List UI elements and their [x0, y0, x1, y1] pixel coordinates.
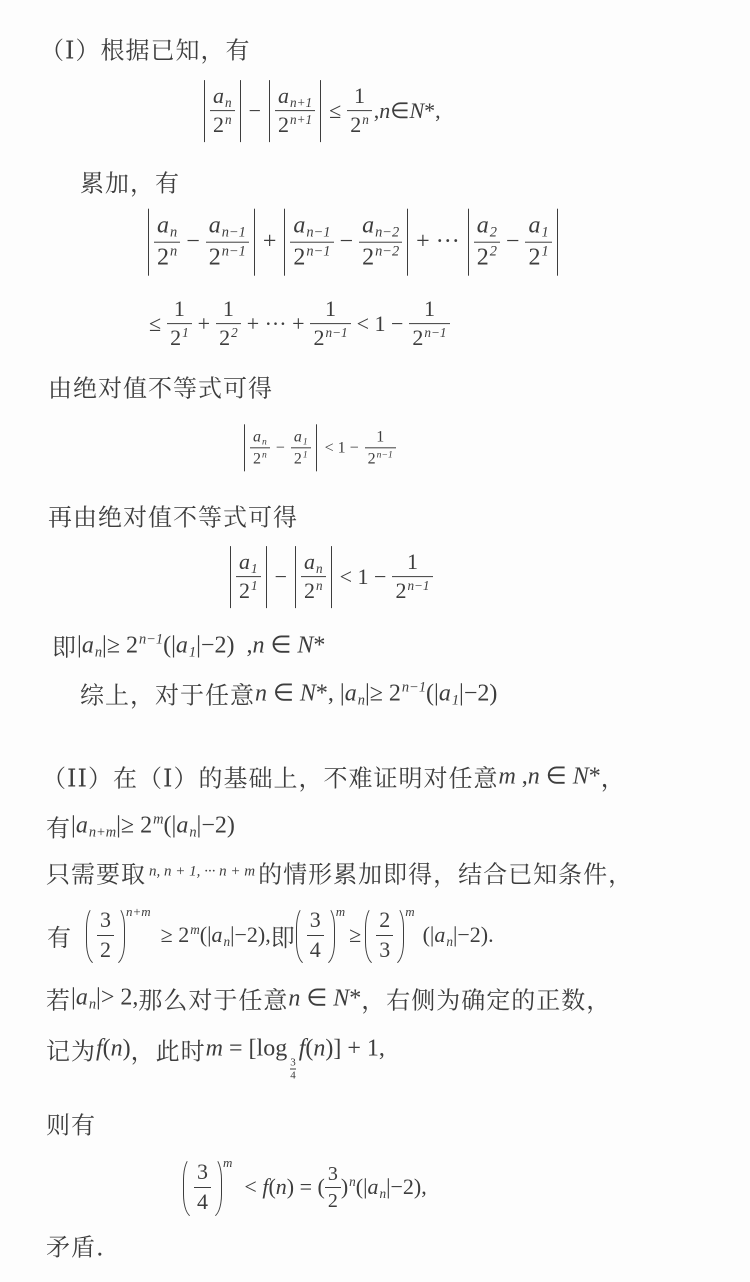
log-operator: = [log	[223, 1036, 287, 1063]
denominator: 3	[376, 936, 393, 963]
case-text-mid: 那么对于任意	[138, 981, 288, 1016]
numerator: 3	[290, 1056, 296, 1069]
accumulate-text: 累加，有	[80, 164, 180, 199]
superscript: n−1	[139, 632, 163, 649]
math-op: )	[287, 1174, 294, 1200]
numerator: a2	[474, 212, 500, 243]
subscript: n	[95, 645, 102, 662]
fraction: 1 22	[216, 296, 241, 352]
method-line: 只需要取 n, n + 1, ··· n + m 的情形累加即得，结合已知条件，	[46, 855, 633, 890]
fraction: an+1 2n+1	[275, 83, 315, 139]
math-op: (|	[356, 1174, 368, 1200]
math-op: |−2)	[196, 633, 234, 660]
math-op: *	[349, 986, 361, 1013]
leq-operator: ≤	[329, 98, 341, 124]
superscript: n−1	[424, 326, 446, 341]
math-num: 2	[313, 326, 324, 351]
math-op: (|	[163, 633, 176, 660]
math-op: (	[103, 1036, 111, 1063]
math-var: m	[206, 1036, 223, 1063]
math-var: a	[212, 922, 223, 948]
element-of-operator: ∈	[390, 98, 409, 124]
math-op: |≥ 2	[102, 633, 138, 660]
math-op: *	[313, 633, 325, 660]
math-op: |−2)	[197, 813, 235, 840]
define-text-mid: ，此时	[131, 1032, 206, 1067]
define-math-2: m = [log	[206, 1036, 288, 1063]
subscript: n−1	[222, 225, 246, 241]
math-var: n	[255, 681, 267, 708]
paren-fraction: 3 4	[183, 1157, 222, 1217]
case-text-start: 若	[46, 981, 71, 1016]
fraction: 3 4	[194, 1157, 211, 1217]
subscript: n−1	[306, 225, 330, 241]
left-paren	[365, 906, 374, 964]
less-than-one-minus: < 1 −	[357, 311, 404, 337]
numerator: 1	[392, 549, 432, 577]
leq-operator: ≤	[149, 311, 161, 337]
math-var: a	[434, 922, 445, 948]
fraction: an 2n	[250, 427, 270, 468]
math-op: *	[589, 764, 601, 791]
math-var: f	[299, 1036, 306, 1063]
math-op: )	[123, 1036, 131, 1063]
absolute-value: a2 22 − a1 21	[468, 209, 558, 276]
denominator: 21	[525, 243, 551, 273]
math-op: (|	[200, 922, 212, 948]
numerator: an−1	[290, 212, 333, 243]
right-paren	[395, 906, 404, 964]
denominator: 2n	[301, 578, 326, 605]
math-num: 2	[170, 326, 181, 351]
fraction: 2 3	[376, 906, 393, 964]
superscript: n	[170, 244, 177, 260]
superscript: n−2	[375, 244, 399, 260]
combined-math-1: ≥ 2 m (| a n |−2) ,	[161, 922, 271, 948]
math-num: 2	[219, 326, 230, 351]
denominator: 2n−1	[392, 578, 432, 605]
right-paren	[326, 906, 335, 964]
fraction: a2 22	[474, 212, 500, 273]
math-var: a	[477, 213, 489, 239]
math-num: 2	[362, 245, 374, 271]
denominator: 2n−1	[310, 325, 350, 352]
combined-text-mid: 即	[271, 918, 296, 953]
part1-intro: （I）根据已知，有	[40, 31, 250, 66]
plus-ellipsis: + ···	[416, 229, 460, 256]
subscript: 1	[189, 645, 196, 662]
denominator: 4	[290, 1070, 296, 1082]
hence-math: | a n |≥ 2 n−1 (| a 1 |−2) , n ∈ N *	[77, 631, 325, 660]
numerator: an+1	[275, 83, 315, 111]
contradiction-label: 矛盾.	[46, 1228, 105, 1263]
abs-inequality-label: 由绝对值不等式可得	[48, 369, 273, 404]
equation-3: ≤ 1 21 + 1 22 + ··· + 1 2n−1 < 1 − 1 2n−…	[145, 296, 452, 352]
superscript: 1	[251, 579, 258, 594]
fraction: 3 2	[325, 1162, 341, 1213]
superscript: 1	[541, 244, 548, 260]
subscript: 1	[452, 693, 459, 710]
math-op: |−2)	[230, 922, 265, 948]
exponent: m	[405, 904, 414, 920]
math-var: a	[367, 1174, 378, 1200]
math-var: N	[300, 681, 316, 708]
math-op: (|	[426, 681, 439, 708]
method-text-end: 的情形累加即得，结合已知条件，	[258, 855, 633, 890]
math-num: 2	[213, 113, 224, 138]
denominator: 2	[97, 936, 114, 963]
numerator: an−2	[359, 212, 402, 243]
minus-operator: −	[276, 439, 285, 457]
eq6-math-2: ) n (| a n |−2),	[341, 1174, 427, 1200]
math-var: a	[76, 813, 88, 840]
define-math-1: f ( n )	[96, 1036, 131, 1063]
math-num: 2	[395, 579, 406, 604]
absolute-value: an+1 2n+1	[269, 80, 321, 142]
element-of-operator: ∈	[264, 631, 297, 660]
subscript: n	[89, 997, 96, 1014]
math-var: N	[409, 98, 424, 124]
denominator: 2n−1	[365, 449, 396, 469]
math-var: a	[253, 428, 261, 445]
plus-operator: +	[198, 311, 210, 337]
superscript: 1	[303, 450, 308, 461]
define-line: 记为 f ( n ) ，此时 m = [log 3 4 f ( n ) ] + …	[46, 1032, 385, 1067]
exponent: m	[336, 904, 345, 920]
denominator: 4	[194, 1188, 211, 1215]
subscript: 1	[303, 436, 308, 447]
absolute-value: an−1 2n−1 − an−2 2n−2	[284, 209, 408, 276]
then-label: 则有	[46, 1106, 96, 1141]
superscript: 1	[182, 326, 189, 341]
numerator: 1	[365, 427, 396, 448]
fraction: 1 2n	[347, 83, 372, 139]
subscript: n	[446, 934, 453, 950]
claim-text: 有	[46, 809, 71, 844]
exponent: m	[223, 1155, 232, 1171]
fraction: an 2n	[210, 83, 235, 139]
fraction: 3 2	[97, 906, 114, 964]
fraction: 1 2n−1	[409, 296, 449, 352]
right-paren	[213, 1157, 222, 1217]
math-num: 2	[209, 245, 221, 271]
absolute-value: an 2n	[295, 546, 332, 608]
part2-intro-end: ，	[601, 759, 626, 794]
math-var: n	[379, 98, 390, 124]
math-var: N	[333, 986, 349, 1013]
summary-text: 综上，对于任意	[80, 676, 255, 711]
superscript: 2	[490, 244, 497, 260]
math-op: |−2),	[386, 1174, 427, 1200]
numerator: an	[154, 212, 180, 243]
fraction: an 2n	[301, 549, 326, 605]
numerator: 1	[167, 296, 192, 324]
log-base-fraction: 3 4	[290, 1056, 296, 1081]
fraction: an 2n	[154, 212, 180, 273]
math-num: 2	[304, 579, 315, 604]
math-var: a	[176, 813, 188, 840]
math-var: n	[111, 1036, 123, 1063]
method-text-start: 只需要取	[46, 855, 146, 890]
numerator: 1	[310, 296, 350, 324]
math-var: n	[313, 1036, 325, 1063]
fraction: 1 2n−1	[310, 296, 350, 352]
right-paren	[116, 906, 125, 964]
superscript: n−1	[377, 450, 393, 461]
absolute-value: a1 21	[230, 546, 267, 608]
math-op: (	[305, 1036, 313, 1063]
numerator: 2	[376, 907, 393, 935]
subscript: n+1	[290, 95, 312, 110]
minus-operator: −	[275, 564, 287, 590]
intro-text: （I）根据已知，有	[40, 31, 250, 66]
math-var: a	[82, 633, 94, 660]
numerator: 3	[325, 1162, 341, 1188]
math-num: 2	[528, 245, 540, 271]
math-var: a	[362, 213, 374, 239]
math-op: ] + 1,	[333, 1036, 385, 1063]
case-text-end: ，右侧为确定的正数，	[361, 981, 611, 1016]
subscript: 1	[541, 225, 548, 241]
equation-5: a1 21 − an 2n < 1 − 1 2n−1	[226, 546, 435, 608]
index-range-math: n, n + 1, ··· n + m	[149, 864, 255, 881]
denominator: 21	[236, 578, 261, 605]
math-var: a	[157, 213, 169, 239]
math-num: 2	[278, 113, 289, 138]
math-var: a	[294, 428, 302, 445]
math-op: |> 2,	[96, 985, 138, 1012]
denominator: 2n−1	[206, 243, 249, 273]
math-op: *, |	[316, 681, 345, 708]
denominator: 2n	[210, 112, 235, 139]
paren-fraction: 2 3	[365, 906, 404, 964]
paren-fraction: 3 2	[86, 906, 125, 964]
superscript: n	[316, 579, 323, 594]
absolute-value: an 2n − a1 21	[244, 424, 317, 471]
subscript: n−2	[375, 225, 399, 241]
superscript: n	[349, 1174, 356, 1190]
equation-6: 3 4 m < f ( n ) = ( 3 2 ) n (| a n |−2),	[183, 1157, 427, 1217]
math-op: ,	[516, 764, 528, 791]
math-op: (	[268, 1174, 275, 1200]
math-op: )	[325, 1036, 333, 1063]
numerator: an	[301, 549, 326, 577]
subscript: n	[224, 934, 231, 950]
denominator: 21	[167, 325, 192, 352]
fraction: 1 21	[167, 296, 192, 352]
subscript: n	[379, 1186, 386, 1202]
math-var: a	[439, 681, 451, 708]
superscript: n−1	[407, 579, 429, 594]
plus-ellipsis: + ··· +	[247, 311, 305, 337]
fraction: 3 4	[307, 906, 324, 964]
equation-2: an 2n − an−1 2n−1 + an−1 2n−1 − an−2 2n−…	[144, 209, 562, 276]
hence-text: 即	[52, 628, 77, 663]
superscript: n	[262, 450, 267, 461]
math-var: a	[345, 681, 357, 708]
superscript: n+1	[290, 113, 312, 128]
math-op: )	[341, 1174, 348, 1200]
denominator: 2n	[347, 112, 372, 139]
geq-operator: ≥	[349, 922, 361, 948]
part2-intro-math: m , n ∈ N *	[498, 762, 600, 791]
denominator: 4	[307, 936, 324, 963]
math-var: a	[176, 633, 188, 660]
superscript: m	[190, 922, 200, 938]
fraction: a1 21	[236, 549, 261, 605]
numerator: 3	[194, 1159, 211, 1187]
minus-operator: −	[506, 229, 520, 256]
fraction: a1 21	[525, 212, 551, 273]
left-paren	[296, 906, 305, 964]
math-var: n	[288, 986, 300, 1013]
denominator: 22	[474, 243, 500, 273]
combined-text-start: 有	[47, 918, 72, 953]
math-var: a	[76, 985, 88, 1012]
fraction: an−1 2n−1	[290, 212, 333, 273]
summary-math: n ∈ N *, | a n |≥ 2 n−1 (| a 1 |−2)	[255, 679, 497, 708]
math-op: |−2)	[459, 681, 497, 708]
math-var: a	[304, 549, 315, 574]
case-line: 若 | a n |> 2, 那么对于任意 n ∈ N * ，右侧为确定的正数，	[46, 981, 611, 1016]
math-var: a	[278, 83, 289, 108]
subscript: n	[170, 225, 177, 241]
element-of-operator: ∈	[267, 679, 300, 708]
denominator: 2n−1	[409, 325, 449, 352]
denominator: 2n+1	[275, 112, 315, 139]
claim-line: 有 | a n+m |≥ 2 m (| a n |−2)	[46, 809, 235, 844]
summary-line: 综上，对于任意 n ∈ N *, | a n |≥ 2 n−1 (| a 1 |…	[80, 676, 497, 711]
subscript: 2	[490, 225, 497, 241]
numerator: 1	[347, 83, 372, 111]
math-var: a	[528, 213, 540, 239]
contradiction-text: 矛盾.	[46, 1228, 105, 1263]
fraction: 1 2n−1	[365, 427, 396, 468]
math-num: 2	[294, 451, 302, 468]
superscript: n−1	[402, 680, 426, 697]
accumulate-label: 累加，有	[80, 164, 180, 199]
less-than-one-minus: < 1 −	[325, 439, 359, 457]
math-op: = (	[294, 1174, 325, 1200]
plus-operator: +	[263, 229, 277, 256]
subscript: n	[225, 95, 232, 110]
numerator: an−1	[206, 212, 249, 243]
exponent: n+m	[126, 904, 151, 920]
fraction: an−2 2n−2	[359, 212, 402, 273]
numerator: 1	[216, 296, 241, 324]
numerator: 3	[307, 907, 324, 935]
fraction: 1 2n−1	[392, 549, 432, 605]
element-of-operator: ∈	[540, 762, 573, 791]
math-var: m	[498, 764, 515, 791]
superscript: n	[225, 113, 232, 128]
denominator: 2n−1	[290, 243, 333, 273]
math-num: 2	[350, 113, 361, 138]
math-var: a	[293, 213, 305, 239]
abs-inequality-text: 由绝对值不等式可得	[48, 369, 273, 404]
absolute-value: an 2n	[204, 80, 241, 142]
math-var: a	[213, 83, 224, 108]
superscript: n	[362, 113, 369, 128]
math-op: (|	[423, 922, 435, 948]
absolute-value: an 2n − an−1 2n−1	[148, 209, 255, 276]
superscript: n−1	[222, 244, 246, 260]
equation-4: an 2n − a1 21 < 1 − 1 2n−1	[240, 424, 398, 471]
combined-line: 有 3 2 n+m ≥ 2 m (| a n |−2) , 即 3 4 m ≥ …	[47, 906, 494, 964]
numerator: an	[210, 83, 235, 111]
math-op: <	[244, 1174, 262, 1200]
denominator: 2n−2	[359, 243, 402, 273]
equation-1: an 2n − an+1 2n+1 ≤ 1 2n , n ∈ N *,	[200, 80, 441, 142]
denominator: 2	[325, 1188, 341, 1213]
subscript: 1	[251, 561, 258, 576]
part2-intro: （II）在（I）的基础上，不难证明对任意 m , n ∈ N * ，	[42, 759, 626, 794]
hence-line: 即 | a n |≥ 2 n−1 (| a 1 |−2) , n ∈ N *	[52, 628, 325, 663]
again-abs-inequality-label: 再由绝对值不等式可得	[48, 498, 298, 533]
define-math-3: f ( n ) ] + 1,	[299, 1036, 385, 1063]
math-op: |≥ 2	[116, 813, 152, 840]
math-num: 2	[157, 245, 169, 271]
minus-operator: −	[340, 229, 354, 256]
subscript: n	[358, 693, 365, 710]
math-var: N	[297, 633, 313, 660]
define-text-start: 记为	[46, 1032, 96, 1067]
then-text: 则有	[46, 1106, 96, 1141]
math-num: 2	[477, 245, 489, 271]
numerator: a1	[236, 549, 261, 577]
eq6-math-1: < f ( n ) = (	[244, 1174, 324, 1200]
left-paren	[86, 906, 95, 964]
subscript: n	[316, 561, 323, 576]
case-math-1: | a n |> 2,	[71, 985, 138, 1012]
claim-math: | a n+m |≥ 2 m (| a n |−2)	[71, 813, 235, 840]
superscript: n−1	[325, 326, 347, 341]
math-num: 2	[293, 245, 305, 271]
subscript: n+m	[89, 825, 116, 842]
numerator: a1	[291, 427, 311, 448]
superscript: n−1	[306, 244, 330, 260]
math-op: ≥ 2	[161, 922, 190, 948]
fraction: an−1 2n−1	[206, 212, 249, 273]
math-var: N	[573, 764, 589, 791]
math-num: 2	[239, 579, 250, 604]
case-math-2: n ∈ N *	[288, 984, 361, 1013]
math-var: a	[209, 213, 221, 239]
element-of-operator: ∈	[300, 984, 333, 1013]
math-var: f	[96, 1036, 103, 1063]
numerator: 1	[409, 296, 449, 324]
combined-math-2: (| a n |−2).	[423, 922, 494, 948]
math-num: 2	[253, 451, 261, 468]
denominator: 2n	[154, 243, 180, 273]
math-op: ,	[234, 633, 252, 660]
denominator: 21	[291, 449, 311, 469]
part2-intro-text: （II）在（I）的基础上，不难证明对任意	[42, 759, 498, 794]
denominator: 22	[216, 325, 241, 352]
superscript: 2	[231, 326, 238, 341]
math-var: n	[528, 764, 540, 791]
minus-operator: −	[249, 98, 261, 124]
math-num: 2	[368, 451, 376, 468]
fraction: a1 21	[291, 427, 311, 468]
denominator: 2n	[250, 449, 270, 469]
numerator: 3	[97, 907, 114, 935]
subscript: n	[189, 825, 196, 842]
numerator: an	[250, 427, 270, 448]
superscript: m	[153, 812, 163, 829]
left-paren	[183, 1157, 192, 1217]
math-var: a	[239, 549, 250, 574]
